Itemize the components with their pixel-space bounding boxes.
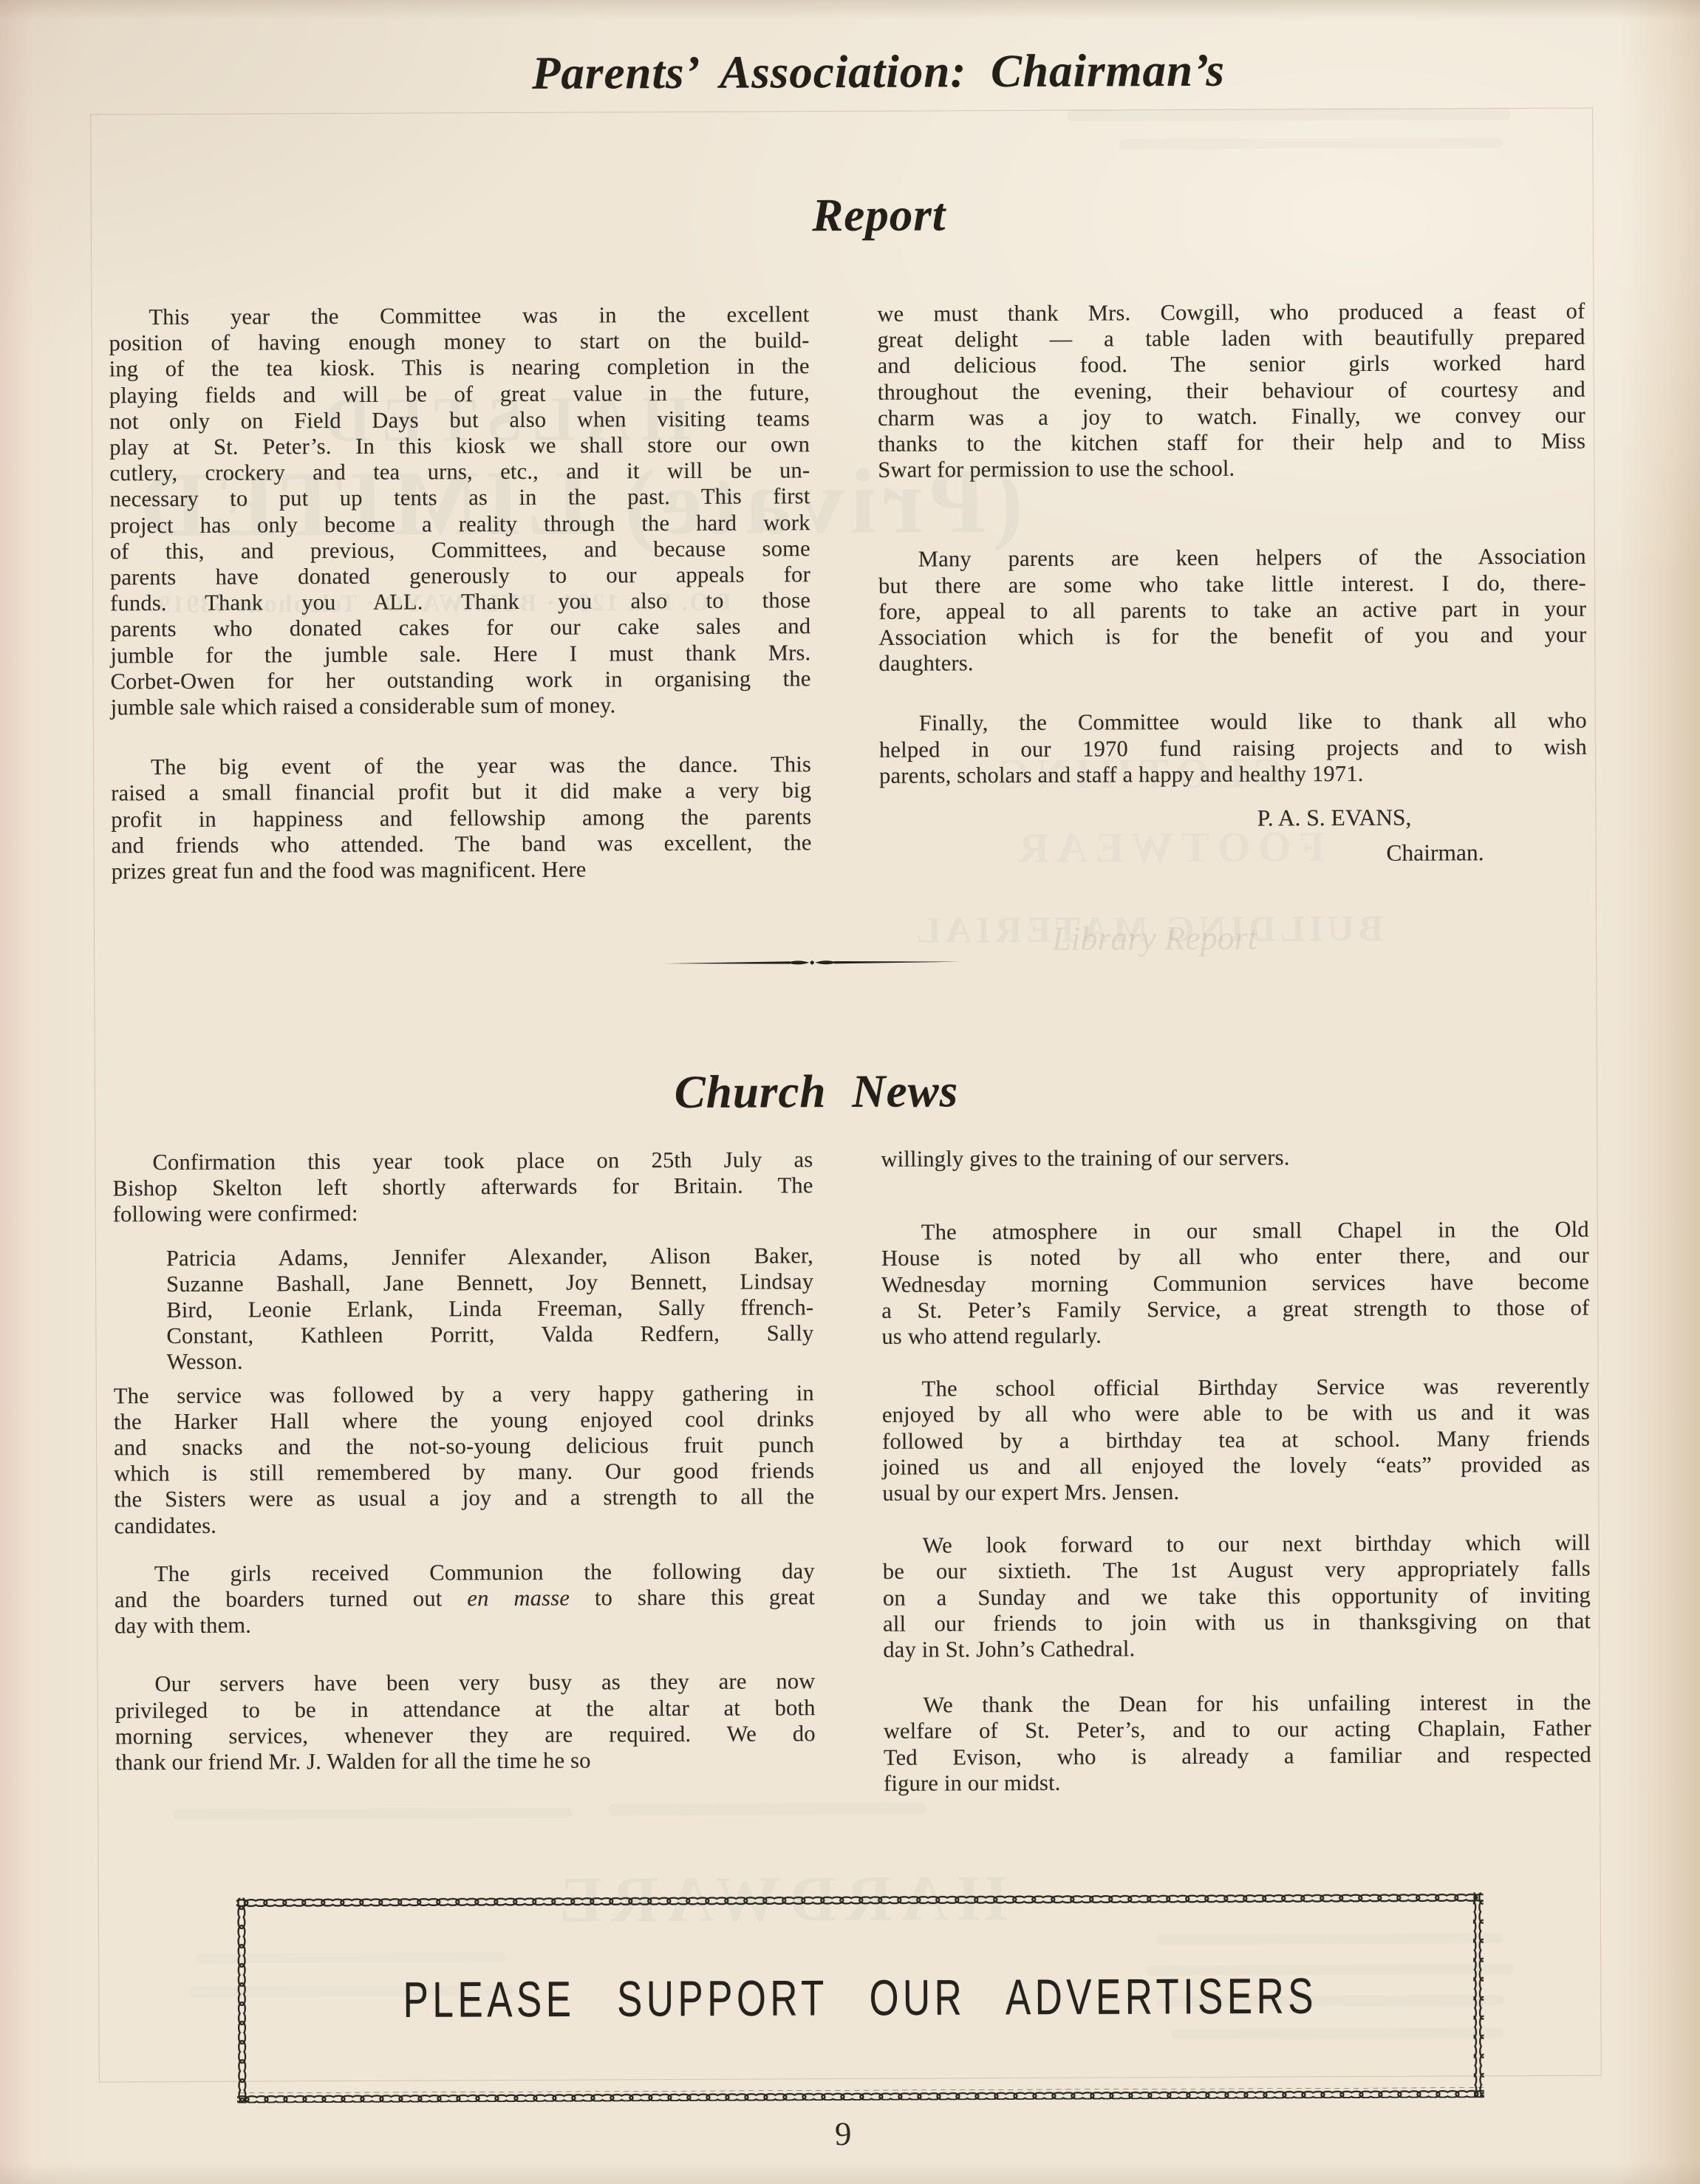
- text-line: parents, scholars and staff a happy and …: [879, 760, 1587, 788]
- text-line: parents who donated cakes for our cake s…: [110, 614, 810, 643]
- text-line: Corbet-Owen for her outstanding work in …: [110, 666, 810, 695]
- text-line: willingly gives to the training of our s…: [881, 1144, 1588, 1173]
- text-line: Many parents are keen helpers of the Ass…: [878, 544, 1586, 573]
- advertisers-text: PLEASE SUPPORT OUR ADVERTISERS: [361, 1887, 1360, 2109]
- page-number: 9: [4, 2111, 1682, 2157]
- text-line: Wednesday morning Communion services hav…: [881, 1269, 1589, 1297]
- text-line: followed by a birthday tea at school. Ma…: [882, 1425, 1590, 1454]
- text-line: The big event of the year was the dance.…: [111, 751, 811, 780]
- text-line: Bishop Skelton left shortly afterwards f…: [112, 1173, 813, 1201]
- text-line: fore, appeal to all parents to take an a…: [878, 596, 1586, 624]
- text-line: Swart for permission to use the school.: [878, 454, 1585, 483]
- text-line: helped in our 1970 fund raising projects…: [879, 734, 1587, 762]
- text-line: jumble for the jumble sale. Here I must …: [110, 640, 810, 669]
- text-line: and friends who attended. The band was e…: [111, 830, 811, 859]
- paragraph: The girls received Communion the followi…: [115, 1558, 815, 1639]
- section-divider: [664, 955, 960, 970]
- report-left-column: This year the Committee was in the excel…: [109, 301, 811, 884]
- text-line: project has only become a reality throug…: [110, 510, 810, 539]
- text-line: but there are some who take little inter…: [878, 570, 1586, 598]
- text-line: position of having enough money to start…: [109, 327, 809, 356]
- text-line: raised a small financial profit but it d…: [111, 778, 811, 807]
- text-line: Association which is for the benefit of …: [878, 622, 1586, 651]
- paragraph: we must thank Mrs. Cowgill, who produced…: [877, 298, 1585, 484]
- text-line: Patricia Adams, Jennifer Alexander, Alis…: [166, 1243, 813, 1272]
- paragraph: Patricia Adams, Jennifer Alexander, Alis…: [166, 1243, 814, 1376]
- paragraph: We thank the Dean for his unfailing inte…: [884, 1690, 1592, 1797]
- paragraph: The atmosphere in our small Chapel in th…: [881, 1217, 1590, 1350]
- text-line: We thank the Dean for his unfailing inte…: [884, 1690, 1591, 1719]
- text-line: following were confirmed:: [113, 1199, 813, 1228]
- text-line: figure in our midst.: [884, 1767, 1591, 1796]
- text-line: and delicious food. The senior girls wor…: [878, 350, 1585, 379]
- text-line: and snacks and the not-so-young deliciou…: [114, 1432, 814, 1461]
- text-line: playing fields and will be of great valu…: [109, 380, 810, 409]
- bleed-through-smudge: [1119, 137, 1503, 149]
- text-line: daughters.: [878, 648, 1586, 677]
- text-line: Our servers have been very busy as they …: [115, 1669, 815, 1698]
- text-line: The school official Birthday Service was…: [882, 1373, 1590, 1402]
- signature-name: P. A. S. EVANS,: [879, 804, 1587, 833]
- bleed-through-smudge: [609, 1803, 926, 1816]
- text-line: Suzanne Bashall, Jane Bennett, Joy Benne…: [166, 1269, 813, 1297]
- divider-ornament-icon: [664, 955, 960, 970]
- text-line: The service was followed by a very happy…: [114, 1380, 814, 1409]
- text-line: parents have donated generously to our a…: [110, 562, 810, 590]
- text-line: morning services, whenever they are requ…: [115, 1721, 816, 1750]
- text-line: House is noted by all who enter there, a…: [881, 1243, 1589, 1272]
- text-line: play at St. Peter’s. In this kiosk we sh…: [109, 431, 810, 460]
- church-title: Church News: [115, 1059, 1518, 1123]
- text-line: welfare of St. Peter’s, and to our actin…: [884, 1716, 1591, 1744]
- text-line: Bird, Leonie Erlank, Linda Freeman, Sall…: [166, 1294, 813, 1323]
- text-line: Confirmation this year took place on 25t…: [112, 1147, 813, 1175]
- text-line: all our friends to join with us in thank…: [883, 1608, 1591, 1637]
- bleed-through-smudge: [173, 1808, 572, 1820]
- report-right-column: we must thank Mrs. Cowgill, who produced…: [877, 298, 1587, 789]
- report-title-line1: Parents’ Association: Chairman’s: [165, 40, 1591, 103]
- text-line: great delight — a table laden with beaut…: [877, 324, 1585, 353]
- paragraph: The big event of the year was the dance.…: [111, 751, 812, 884]
- text-line: Constant, Kathleen Porritt, Valda Redfer…: [166, 1320, 813, 1349]
- text-line: day with them.: [115, 1610, 815, 1639]
- signature-block: P. A. S. EVANS, Chairman.: [879, 804, 1587, 869]
- text-line: be our sixtieth. The 1st August very app…: [883, 1556, 1591, 1585]
- text-line: us who attend regularly.: [881, 1321, 1589, 1350]
- paragraph: The school official Birthday Service was…: [882, 1373, 1591, 1506]
- text-line: This year the Committee was in the excel…: [109, 301, 809, 330]
- text-line: thanks to the kitchen staff for their he…: [878, 429, 1585, 457]
- text-line: The girls received Communion the followi…: [115, 1558, 815, 1587]
- text-line: ing of the tea kiosk. This is nearing co…: [109, 354, 810, 383]
- text-line: on a Sunday and we take this opportunity…: [883, 1582, 1591, 1611]
- signature-role: Chairman.: [880, 839, 1588, 869]
- text-line: which is still remembered by many. Our g…: [114, 1458, 814, 1487]
- text-line: jumble sale which raised a considerable …: [111, 692, 811, 720]
- text-line: We look forward to our next birthday whi…: [883, 1530, 1591, 1559]
- text-line: The atmosphere in our small Chapel in th…: [881, 1217, 1589, 1246]
- text-line: cutlery, crockery and tea urns, etc., an…: [109, 457, 810, 486]
- text-line: thank our friend Mr. J. Walden for all t…: [115, 1747, 816, 1775]
- text-line: day in St. John’s Cathedral.: [883, 1634, 1591, 1663]
- paragraph: Our servers have been very busy as they …: [115, 1669, 816, 1776]
- text-line: joined us and all enjoyed the lovely “ea…: [882, 1451, 1590, 1480]
- paragraph: Confirmation this year took place on 25t…: [112, 1147, 813, 1228]
- church-left-column: Confirmation this year took place on 25t…: [112, 1147, 816, 1775]
- text-line: charm was a joy to watch. Finally, we co…: [878, 402, 1585, 431]
- bleed-through-smudge: [1067, 108, 1510, 122]
- text-line: enjoyed by all who were able to be with …: [882, 1399, 1590, 1428]
- text-line: of this, and previous, Committees, and b…: [110, 536, 810, 564]
- text-line: Ted Evison, who is already a familiar an…: [884, 1741, 1591, 1770]
- text-line: necessary to put up tents as in the past…: [109, 484, 810, 513]
- paragraph: Finally, the Committee would like to tha…: [879, 708, 1587, 789]
- paragraph: This year the Committee was in the excel…: [109, 301, 810, 720]
- church-right-column: willingly gives to the training of our s…: [881, 1144, 1591, 1797]
- text-line: candidates.: [114, 1510, 814, 1539]
- text-line: prizes great fun and the food was magnif…: [112, 856, 812, 884]
- text-line: Finally, the Committee would like to tha…: [879, 708, 1587, 737]
- text-line: not only on Field Days but also when vis…: [109, 406, 810, 434]
- magazine-page: HALSTED(Private) LIMITEDP.O. Box 1284 · …: [0, 0, 1700, 2184]
- paragraph: Many parents are keen helpers of the Ass…: [878, 544, 1587, 677]
- text-line: privileged to be in attendance at the al…: [115, 1695, 816, 1724]
- text-line: usual by our expert Mrs. Jensen.: [882, 1478, 1590, 1506]
- text-line: we must thank Mrs. Cowgill, who produced…: [877, 298, 1585, 327]
- text-line: the Harker Hall where the young enjoyed …: [114, 1406, 814, 1435]
- text-line: a St. Peter’s Family Service, a great st…: [881, 1294, 1589, 1323]
- bleed-through-text: Library Report: [1052, 918, 1257, 958]
- report-title-line2: Report: [166, 183, 1592, 247]
- paragraph: willingly gives to the training of our s…: [881, 1144, 1588, 1173]
- paragraph: The service was followed by a very happy…: [114, 1380, 815, 1539]
- paragraph: We look forward to our next birthday whi…: [883, 1530, 1591, 1663]
- text-line: throughout the evening, their behaviour …: [878, 376, 1585, 405]
- advertisers-box: PLEASE SUPPORT OUR ADVERTISERS: [236, 1892, 1484, 2103]
- text-line: Wesson.: [167, 1347, 814, 1376]
- text-line: and the boarders turned out en masse to …: [115, 1584, 815, 1613]
- text-line: profit in happiness and fellowship among…: [111, 804, 811, 833]
- text-line: the Sisters were as usual a joy and a st…: [114, 1484, 814, 1513]
- text-line: funds. Thank you ALL. Thank you also to …: [110, 587, 810, 616]
